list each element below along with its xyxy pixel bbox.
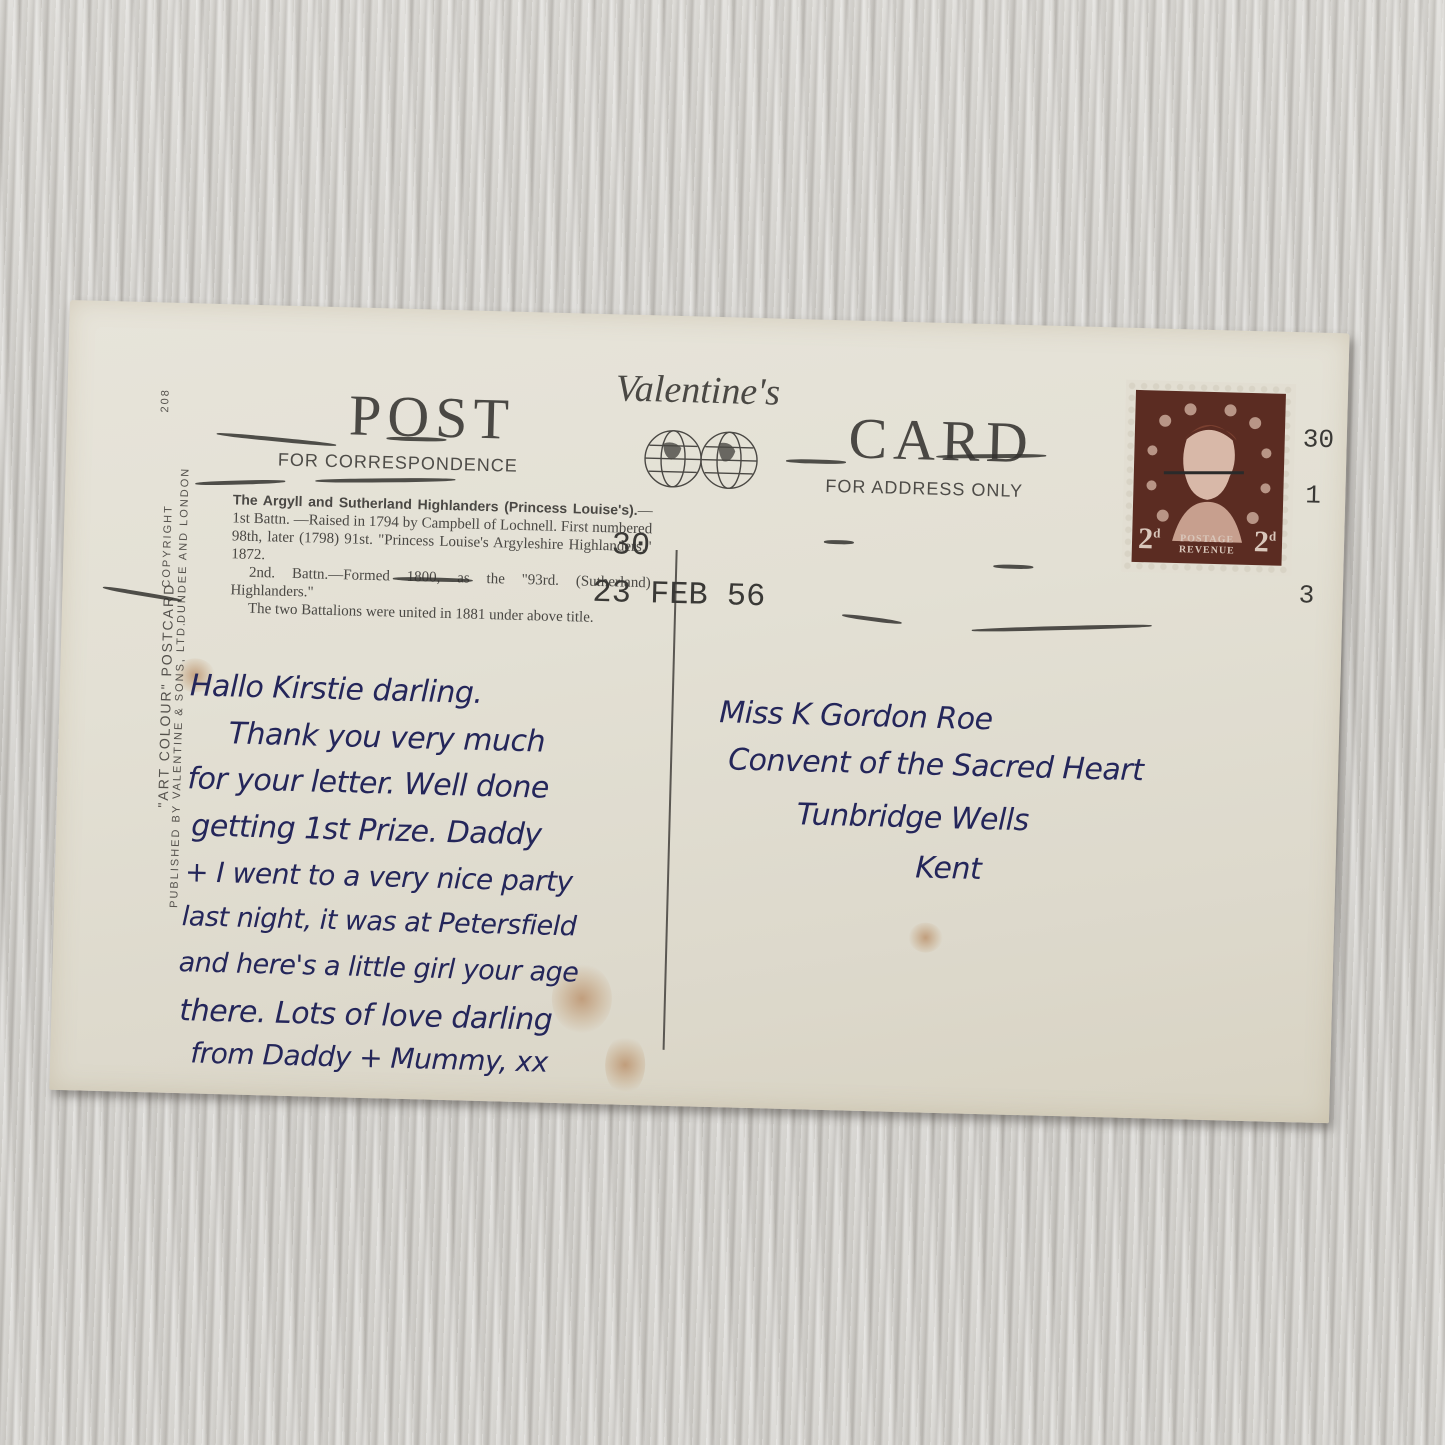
stamp-value-right: 2d [1253,525,1276,560]
stain [908,922,943,953]
postmark-edge: 3 [1298,580,1314,610]
serial-number: 208 [159,388,172,413]
post-heading: POST [348,381,516,452]
message-line: last night, it was at Petersfield [181,901,576,942]
postmark-date: 23 FEB 56 [592,574,766,616]
postmark-edge: 30 [1302,424,1334,455]
cancellation-line [824,540,854,545]
address-line: Kent [915,850,982,887]
globe-logo-icon [640,423,762,496]
address-line: Miss K Gordon Roe [719,695,993,737]
message-line: getting 1st Prize. Daddy [191,808,542,852]
message-line: there. Lots of love darling [179,993,553,1038]
stain [604,1034,646,1095]
message-line: for your letter. Well done [187,761,549,805]
message-line: Hallo Kirstie darling. [189,668,482,711]
postage-stamp: 2d POSTAGEREVENUE 2d [1121,380,1296,576]
cancellation-line [972,624,1152,633]
card-heading: CARD [848,404,1035,476]
copyright-text: COPYRIGHT [161,504,175,588]
address-label: FOR ADDRESS ONLY [825,476,1023,502]
message-line: from Daddy + Mummy, xx [190,1036,548,1078]
cancellation-line [195,479,285,485]
correspondence-label: FOR CORRESPONDENCE [278,450,518,477]
photo-background: { "postcard": { "header": { "post_word":… [0,0,1445,1445]
stamp-label: POSTAGEREVENUE [1172,533,1243,557]
cancellation-line [217,432,337,447]
cancellation-line [993,564,1033,569]
cancellation-line [786,459,846,465]
message-line: + I went to a very nice party [185,855,573,898]
center-divider [663,550,678,1050]
stamp-value-left: 2d [1138,522,1161,557]
address-line: Convent of the Sacred Heart [728,742,1144,788]
stamp-design: 2d POSTAGEREVENUE 2d [1132,390,1286,566]
postcard: 208 COPYRIGHT DUNDEE AND LONDON "ART COL… [49,300,1349,1123]
message-line: Thank you very much [228,716,545,759]
postmark-number: 30 [611,526,650,564]
cancellation-line [315,478,455,483]
message-line: and here's a little girl your age [178,947,578,988]
brand-logo-text: Valentine's [615,366,780,414]
cancellation-line [842,613,902,625]
caption-block: The Argyll and Sutherland Highlanders (P… [230,490,653,628]
address-line: Tunbridge Wells [796,797,1029,838]
postmark-edge: 1 [1305,480,1321,510]
